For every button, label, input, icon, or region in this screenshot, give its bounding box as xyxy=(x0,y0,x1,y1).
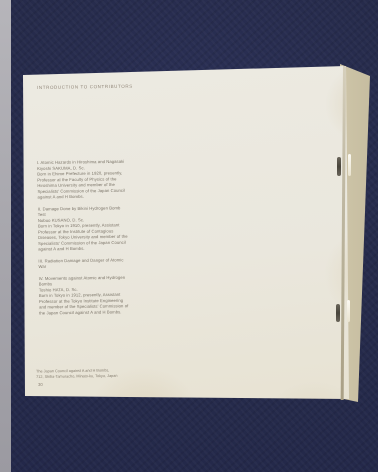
staple-highlight-bottom xyxy=(347,300,350,322)
section-4-movements: IV. Movements against Atomic and Hydroge… xyxy=(39,274,139,316)
page-number: 30 xyxy=(38,382,43,387)
staple-bottom xyxy=(336,304,340,322)
staple-top xyxy=(337,157,341,176)
contributors-text-column: I. Atomic Hazards in Hiroshima and Nagas… xyxy=(37,159,138,322)
photo-edge-strip xyxy=(0,0,11,472)
section-2-bikini-damage: II. Damage Done by Bikini Hydrogen Bomb … xyxy=(38,205,138,252)
staple-highlight-top xyxy=(348,154,351,176)
section-1-atomic-hazards: I. Atomic Hazards in Hiroshima and Nagas… xyxy=(37,159,137,201)
colophon: The Japan Council against A and H Bombs,… xyxy=(36,367,146,379)
section-3-radiation-damage: III. Radiation Damage and Danger of Atom… xyxy=(38,257,137,270)
